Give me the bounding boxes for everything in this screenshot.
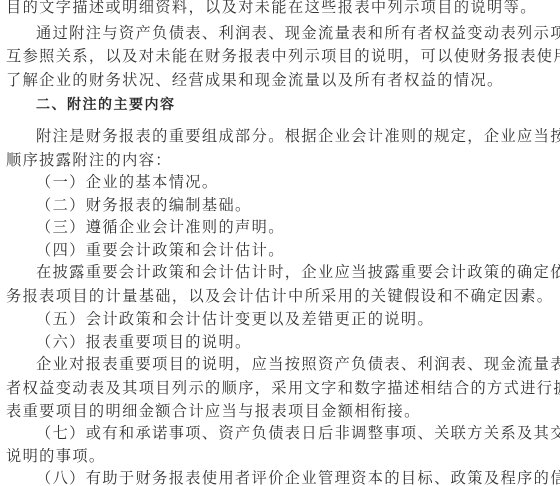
list-item: （八）有助于财务报表使用者评价企业管理资本的目标、政策及程序的信息。 xyxy=(36,468,560,486)
list-item: （七）或有和承诺事项、资产负债表日后非调整事项、关联方关系及其交易等需要 xyxy=(36,423,560,443)
list-item: （五）会计政策和会计估计变更以及差错更正的说明。 xyxy=(36,309,560,329)
body-line: 者权益变动表及其项目列示的顺序，采用文字和数字描述相结合的方式进行披露。报 xyxy=(6,378,560,398)
body-line: 说明的事项。 xyxy=(6,446,560,466)
intro-line: 通过附注与资产负债表、利润表、现金流量表和所有者权益变动表列示项目的相 xyxy=(36,23,560,43)
document-page: 目的文字描述或明细资料，以及对未能在这些报表中列示项目的说明等。 通过附注与资产… xyxy=(0,0,560,486)
section-heading: 二、附注的主要内容 xyxy=(36,95,560,115)
body-line: 企业对报表重要项目的说明，应当按照资产负债表、利润表、现金流量表、所有 xyxy=(36,354,560,374)
list-item: （六）报表重要项目的说明。 xyxy=(36,332,560,352)
body-line: 附注是财务报表的重要组成部分。根据企业会计准则的规定，企业应当按照如下 xyxy=(36,126,560,146)
body-line: 表重要项目的明细金额合计应当与报表项目金额相衔接。 xyxy=(6,401,560,421)
intro-line: 目的文字描述或明细资料，以及对未能在这些报表中列示项目的说明等。 xyxy=(6,0,560,17)
body-line: 务报表项目的计量基础，以及会计估计中所采用的关键假设和不确定因素。 xyxy=(6,286,560,306)
intro-line: 了解企业的财务状况、经营成果和现金流量以及所有者权益的情况。 xyxy=(6,70,560,90)
body-line: 在披露重要会计政策和会计估计时，企业应当披露重要会计政策的确定依据和财 xyxy=(36,262,560,282)
list-item: （二）财务报表的编制基础。 xyxy=(36,195,560,215)
list-item: （三）遵循企业会计准则的声明。 xyxy=(36,217,560,237)
body-line: 顺序披露附注的内容： xyxy=(6,150,560,170)
intro-line: 互参照关系，以及对未能在财务报表中列示项目的说明，可以使财务报表使用者全面 xyxy=(6,46,560,66)
list-item: （四）重要会计政策和会计估计。 xyxy=(36,240,560,260)
list-item: （一）企业的基本情况。 xyxy=(36,172,560,192)
